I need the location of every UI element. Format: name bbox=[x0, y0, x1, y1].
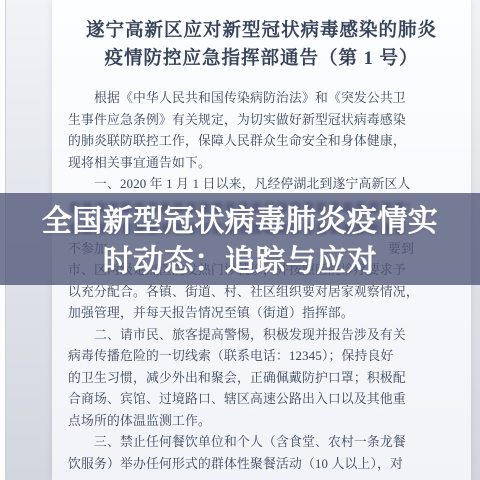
headline-line2: 时动态：追踪与应对 bbox=[0, 242, 480, 282]
doc-line-2: 生事件应急条例》有关规定，为切实做好新型冠状病毒感染 bbox=[68, 110, 414, 132]
doc-line-15: 合商场、宾馆、过境路口、辖区高速公路出入口以及其他重 bbox=[68, 389, 414, 411]
doc-line-17: 三、禁止任何餐饮单位和个人（含食堂、农村一条龙餐 bbox=[68, 432, 414, 454]
doc-line-3: 的肺炎联防联控工作，保障人民群众生命安全和身体健康， bbox=[68, 131, 414, 153]
doc-line-11: 加强管理，并每天报告情况至镇（街道）指挥部。 bbox=[68, 303, 414, 325]
document-title-line1: 遂宁高新区应对新型冠状病毒感染的肺炎 bbox=[52, 17, 471, 45]
doc-line-13: 病毒传播危险的一切线索（联系电话：12345）；保持良好 bbox=[68, 346, 414, 368]
headline-line1: 全国新型冠状病毒肺炎疫情实 bbox=[0, 202, 480, 242]
document-title: 遂宁高新区应对新型冠状病毒感染的肺炎 疫情防控应急指挥部通告（第 1 号） bbox=[52, 17, 471, 73]
doc-line-18: 饮服务）举办任何形式的群体性聚餐活动（10 人以上），对 bbox=[68, 454, 414, 476]
headline-text: 全国新型冠状病毒肺炎疫情实 时动态：追踪与应对 bbox=[0, 202, 480, 282]
screenshot-stage: 遂宁高新区应对新型冠状病毒感染的肺炎 疫情防控应急指挥部通告（第 1 号） 根据… bbox=[0, 0, 480, 480]
doc-line-16: 点场所的体温监测工作。 bbox=[68, 411, 414, 433]
doc-line-4: 现将相关事宜通告如下。 bbox=[68, 153, 414, 175]
doc-line-14: 的卫生习惯，减少外出和聚会，正确佩戴防护口罩；积极配 bbox=[68, 368, 414, 390]
doc-line-1: 根据《中华人民共和国传染病防治法》和《突发公共卫 bbox=[68, 88, 414, 110]
doc-line-12: 二、请市民、旅客提高警惕，积极发现并报告涉及有关 bbox=[68, 325, 414, 347]
document-title-line2: 疫情防控应急指挥部通告（第 1 号） bbox=[52, 45, 471, 73]
headline-overlay: 全国新型冠状病毒肺炎疫情实 时动态：追踪与应对 bbox=[0, 193, 480, 285]
